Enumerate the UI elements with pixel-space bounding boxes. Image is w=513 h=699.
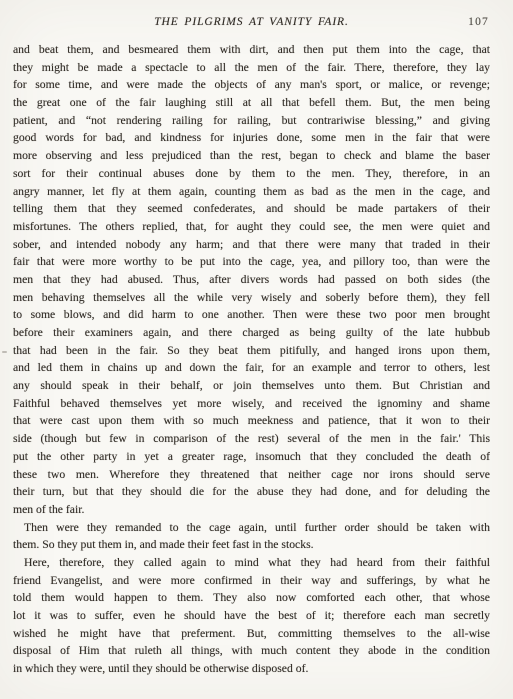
text-line: that were cast upon them with so much me… [13,412,490,430]
text-line: angry manner, let fly at them again, cou… [13,183,490,201]
text-line: friend Evangelist, and were more confirm… [13,572,490,590]
text-line: misfortunes. The others replied, that, f… [13,218,490,236]
text-line: men that they had abused. Thus, after di… [13,271,490,289]
text-line: before their examiners again, and there … [13,324,490,342]
text-line: the great one of the fair laughing still… [13,94,490,112]
text-line: sober, and intended nobody any harm; and… [13,236,490,254]
text-line: Faithful behaved themselves yet more wis… [13,395,490,413]
text-line: lot it was to suffer, even he should hav… [13,607,490,625]
running-title: THE PILGRIMS AT VANITY FAIR. [13,16,490,28]
text-line: that had been in the fair. So they beat … [13,342,490,360]
text-line: patient, and “not rendering railing for … [13,112,490,130]
paragraph: Then were they remanded to the cage agai… [13,519,490,554]
text-line: men behaving themselves all the while ve… [13,289,490,307]
text-line: side (though but few in comparison of th… [13,430,490,448]
text-line: told them would happen to them. They als… [13,589,490,607]
scan-speck [2,351,7,353]
text-line: in which they were, until they should be… [13,660,490,678]
text-line: for some time, and were made the objects… [13,76,490,94]
text-line: and beat them, and besmeared them with d… [13,41,490,59]
page-number: 107 [468,16,489,28]
text-line: Then were they remanded to the cage agai… [13,519,490,537]
text-line: their turn, but that they should die for… [13,483,490,501]
text-line: Here, therefore, they called again to mi… [13,554,490,572]
running-header: THE PILGRIMS AT VANITY FAIR. 107 [13,16,490,31]
book-page: THE PILGRIMS AT VANITY FAIR. 107 and bea… [0,0,513,699]
text-line: fair that were more worthy to be put int… [13,253,490,271]
text-line: they might be made a spectacle to all th… [13,59,490,77]
text-line: any should speak in their behalf, or joi… [13,377,490,395]
text-line: sort for their continual abuses done by … [13,165,490,183]
text-line: telling them that they seemed confederat… [13,200,490,218]
text-line: to some blows, and did harm to one anoth… [13,306,490,324]
page-body: and beat them, and besmeared them with d… [13,41,490,678]
text-line: these two men. Wherefore they threatened… [13,466,490,484]
text-line: good words for bad, and kindness for inj… [13,129,490,147]
text-line: them. So they put them in, and made thei… [13,536,490,554]
text-line: men of the fair. [13,501,490,519]
paragraph: and beat them, and besmeared them with d… [13,41,490,519]
text-line: disposal of Him that ruleth all things, … [13,642,490,660]
paragraph: Here, therefore, they called again to mi… [13,554,490,678]
text-line: wished he might have that preferment. Bu… [13,625,490,643]
text-line: and led them in chains up and down the f… [13,359,490,377]
text-line: more observing and less prejudiced than … [13,147,490,165]
text-line: put the other party in yet a greater rag… [13,448,490,466]
